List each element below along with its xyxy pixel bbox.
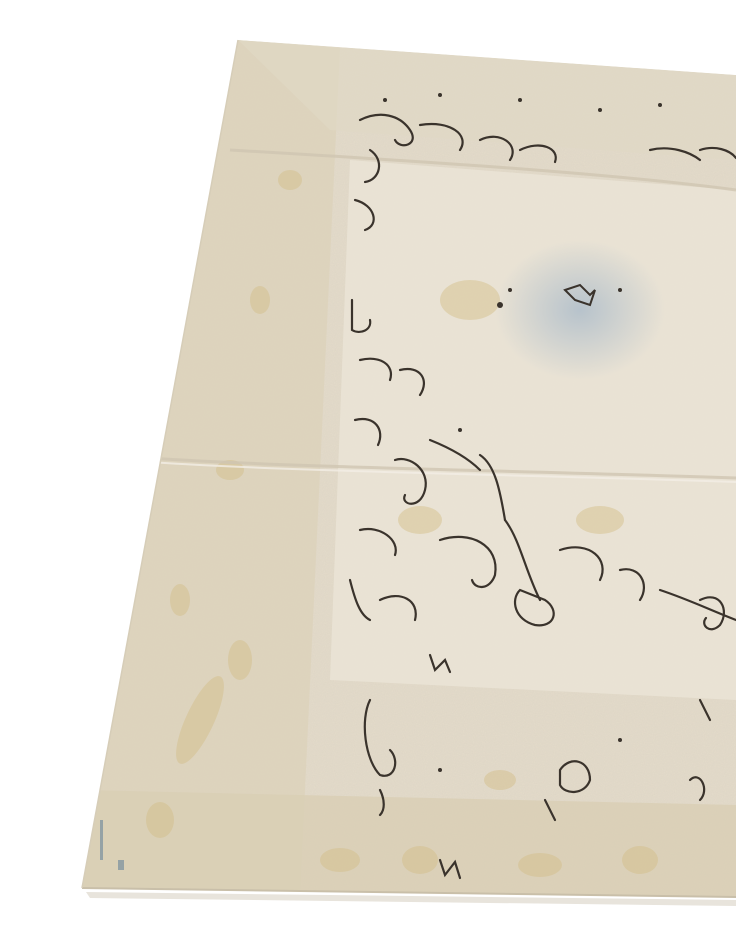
rug-body	[82, 40, 736, 897]
left-border	[82, 40, 340, 895]
blue-medallion	[495, 240, 665, 380]
inner-field	[330, 160, 736, 700]
rug-photo: Distressed vintage area rug corner, crea…	[0, 0, 736, 946]
rug-illustration	[0, 0, 736, 946]
bottom-border	[82, 790, 736, 897]
